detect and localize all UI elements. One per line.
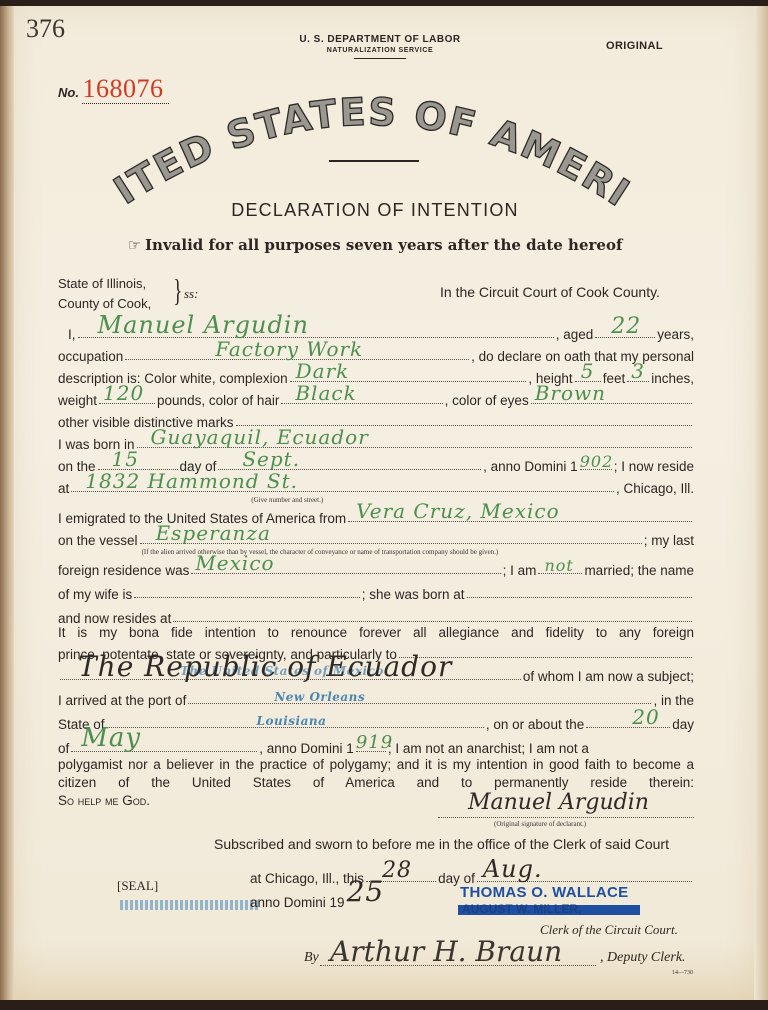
field-state[interactable]: Louisiana: [107, 726, 484, 728]
label-jurat-anno: anno Domini 19: [250, 895, 345, 910]
validity-notice: ☞Invalid for all purposes seven years af…: [110, 236, 640, 254]
field-sovereign[interactable]: The United States of Mexico The Republic…: [60, 678, 521, 680]
complexion-value: Dark: [296, 359, 350, 383]
serial-prefix: No.: [58, 85, 79, 100]
label-arrival-anno: , anno Domini 1: [259, 741, 354, 756]
line-emigrated: I emigrated to the United States of Amer…: [58, 504, 694, 526]
line-state: State of Louisiana , on or about the 20 …: [58, 710, 694, 732]
label-anarchist: ; I am not an anarchist; I am not a: [388, 741, 589, 756]
label-eyes: , color of eyes: [445, 393, 529, 408]
field-hair[interactable]: Black: [281, 402, 442, 404]
line-name: I, Manuel Argudin , aged 22 years,: [58, 320, 694, 342]
line-jurat-year: anno Domini 19 25: [250, 888, 450, 910]
occupation-value: Factory Work: [215, 337, 363, 361]
field-height-inches[interactable]: 3: [627, 380, 649, 382]
label-by: By: [304, 950, 319, 966]
field-birth-year[interactable]: 902: [580, 468, 612, 470]
height-feet-value: 5: [581, 359, 595, 383]
field-age[interactable]: 22: [595, 336, 655, 338]
field-weight[interactable]: 120: [99, 402, 155, 404]
line-weight: weight 120 pounds, color of hair Black ,…: [58, 386, 694, 408]
signature-caption: (Original signature of declarant.): [494, 820, 586, 828]
field-wife-birthplace[interactable]: [467, 596, 692, 598]
deputy-signature: Arthur H. Braun: [330, 935, 562, 968]
line-arrival-month: of May , anno Domini 1 919 ; I am not an…: [58, 734, 694, 756]
page-number: 376: [26, 14, 65, 44]
birth-day-value: 15: [112, 447, 139, 471]
port-stamp: New Orleans: [274, 690, 365, 704]
field-port[interactable]: New Orleans: [188, 702, 651, 704]
field-birthplace[interactable]: Guayaquil, Ecuador: [137, 446, 692, 448]
line-vessel: on the vessel Esperanza(If the alien arr…: [58, 526, 694, 548]
polygamy-text: polygamist nor a believer in the practic…: [58, 756, 694, 792]
field-emigrated-from[interactable]: Vera Cruz, Mexico: [348, 520, 692, 522]
line-address: at 1832 Hammond St.(Give number and stre…: [58, 474, 694, 496]
label-hair: pounds, color of hair: [157, 393, 279, 408]
field-vessel[interactable]: Esperanza(If the alien arrived otherwise…: [140, 542, 642, 544]
field-wife-name[interactable]: [134, 596, 359, 598]
pointing-hand-icon: ☞: [128, 236, 141, 254]
jurat-year-value: 25: [347, 875, 385, 908]
copy-label: ORIGINAL: [606, 40, 663, 52]
name-value: Manuel Argudin: [98, 311, 309, 339]
declarant-signature-line[interactable]: Manuel Argudin (Original signature of de…: [438, 816, 694, 818]
deputy-signature-line[interactable]: Arthur H. Braun: [320, 965, 596, 966]
arrival-year-value: 919: [356, 732, 393, 753]
label-reside: ; I now reside: [614, 459, 694, 474]
married-status-value: not: [544, 556, 573, 575]
state-stamp: Louisiana: [257, 714, 327, 728]
hair-value: Black: [295, 381, 356, 405]
birthplace-value: Guayaquil, Ecuador: [151, 425, 369, 449]
deputy-title: , Deputy Clerk.: [600, 950, 686, 966]
label-description: description is: Color white, complexion: [58, 371, 288, 386]
arrival-day-value: 20: [632, 705, 659, 729]
arrival-month-value: May: [81, 723, 141, 753]
faded-stamp: [120, 900, 260, 910]
field-arrival-day[interactable]: 20: [586, 726, 670, 728]
label-last: ; my last: [644, 533, 694, 548]
field-arrival-month[interactable]: May: [71, 750, 257, 752]
label-day: day: [672, 717, 694, 732]
label-about: , on or about the: [486, 717, 584, 732]
label-wife: of my wife is: [58, 587, 132, 602]
label-years: years,: [657, 327, 694, 342]
jurat-text: Subscribed and sworn to before me in the…: [214, 836, 669, 852]
line-foreign-residence: foreign residence was Mexico ; I am not …: [58, 556, 694, 578]
header-rule: [354, 58, 406, 59]
line-jurat-date: at Chicago, Ill., this 28 day of Aug.: [250, 864, 694, 886]
field-arrival-year[interactable]: 919: [356, 750, 386, 752]
arch-title-text: UNITED STATES OF AMERICA: [90, 80, 638, 216]
seal-label: [SEAL]: [117, 878, 158, 894]
jurat-month-value: Aug.: [483, 855, 543, 883]
label-anno: , anno Domini 1: [483, 459, 578, 474]
label-feet: feet: [603, 371, 626, 386]
clerk-name-stamp: THOMAS O. WALLACE: [460, 884, 628, 901]
page-edge: [754, 6, 768, 1010]
address-value: 1832 Hammond St.: [85, 469, 298, 493]
line-wife: of my wife is ; she was born at: [58, 580, 694, 602]
label-at: at: [58, 481, 69, 496]
foreign-residence-value: Mexico: [195, 551, 274, 575]
brace-icon: }: [173, 272, 182, 308]
form-number: 14—730: [672, 970, 693, 976]
address-caption: (Give number and street.): [251, 496, 323, 504]
label-vessel: on the vessel: [58, 533, 138, 548]
label-city: , Chicago, Ill.: [616, 481, 694, 496]
line-wife-residence: and now resides at: [58, 604, 694, 626]
field-wife-residence[interactable]: [173, 620, 692, 622]
venue-ss: ss:: [184, 286, 198, 302]
court-name: In the Circuit Court of Cook County.: [440, 284, 660, 300]
age-value: 22: [611, 314, 641, 339]
declarant-signature: Manuel Argudin: [468, 790, 649, 815]
line-port: I arrived at the port of New Orleans , i…: [58, 686, 694, 708]
label-inches: inches,: [651, 371, 694, 386]
title-rule: [329, 160, 419, 162]
department-name: U. S. DEPARTMENT OF LABOR: [230, 34, 530, 45]
label-wife-born: ; she was born at: [362, 587, 465, 602]
label-aged: , aged: [556, 327, 594, 342]
line-birthplace: I was born in Guayaquil, Ecuador: [58, 430, 694, 452]
label-foreign: foreign residence was: [58, 563, 189, 578]
book-spine: [0, 6, 14, 1010]
document-title: DECLARATION OF INTENTION: [150, 200, 600, 221]
label-married: married; the name: [584, 563, 694, 578]
field-foreign-residence[interactable]: Mexico: [191, 572, 500, 574]
scan-bottom-edge: [0, 1000, 768, 1010]
weight-value: 120: [103, 381, 144, 405]
arch-title: UNITED STATES OF AMERICA: [90, 80, 650, 220]
emigrated-from-value: Vera Cruz, Mexico: [356, 499, 560, 523]
venue-state: State of Illinois,: [58, 274, 151, 294]
struck-name: AUGUST W. MILLER,: [458, 905, 640, 915]
sovereign-value: The Republic of Ecuador: [78, 650, 452, 683]
label-subject: of whom I am now a subject;: [523, 669, 694, 684]
eyes-value: Brown: [535, 381, 606, 405]
department-header: U. S. DEPARTMENT OF LABOR NATURALIZATION…: [230, 34, 530, 59]
jurat-day-value: 28: [382, 858, 412, 883]
vessel-value: Esperanza: [156, 521, 271, 545]
field-address[interactable]: 1832 Hammond St.(Give number and street.…: [71, 490, 614, 492]
line-occupation: occupation Factory Work , do declare on …: [58, 342, 694, 364]
birth-month-value: Sept.: [242, 447, 300, 471]
label-port: I arrived at the port of: [58, 693, 186, 708]
field-married-status[interactable]: not: [538, 572, 582, 574]
service-name: NATURALIZATION SERVICE: [230, 47, 530, 54]
field-jurat-month[interactable]: Aug.: [477, 880, 692, 882]
venue: State of Illinois, County of Cook,: [58, 274, 151, 314]
svg-text:UNITED STATES OF AMERICA: UNITED STATES OF AMERICA: [90, 80, 638, 216]
label-of: of: [58, 741, 69, 756]
label-i: I,: [68, 327, 76, 342]
birth-year-value: 902: [580, 452, 614, 471]
field-eyes[interactable]: Brown: [531, 402, 692, 404]
notice-text: Invalid for all purposes seven years aft…: [145, 236, 622, 254]
label-weight: weight: [58, 393, 97, 408]
height-inches-value: 3: [631, 359, 645, 383]
label-occupation: occupation: [58, 349, 123, 364]
label-i-am: ; I am: [503, 563, 537, 578]
line-sovereign: The United States of Mexico The Republic…: [58, 662, 694, 684]
